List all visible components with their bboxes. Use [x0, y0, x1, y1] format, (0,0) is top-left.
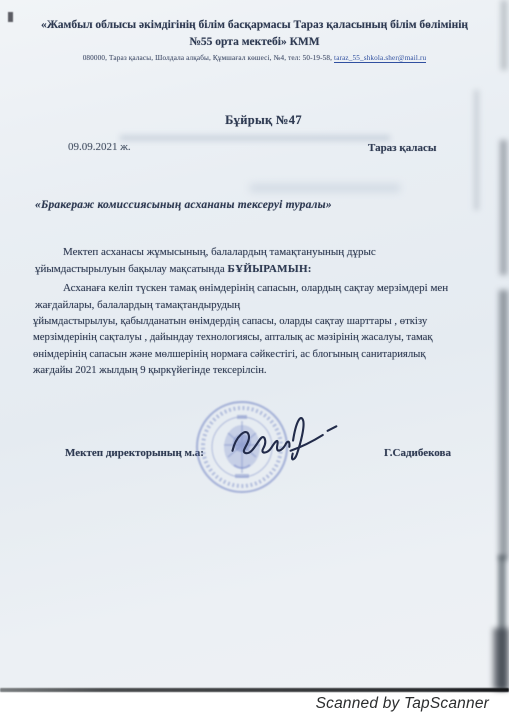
scan-artifact-streak — [474, 90, 479, 210]
scan-artifact-smudge — [250, 184, 400, 192]
signature-stroke — [223, 407, 348, 473]
organization-name-line1: «Жамбыл облысы әкімдігінің білім басқарм… — [18, 17, 491, 34]
address-line: 080000, Тараз қаласы, Шолдала алқабы, Құ… — [30, 54, 479, 62]
organization-name: «Жамбыл облысы әкімдігінің білім басқарм… — [18, 17, 491, 50]
body-paragraph-1: Мектеп асханасы жұмысының, балалардың та… — [35, 244, 487, 277]
order-subject: «Бракераж комиссиясының асхананы тексеру… — [35, 199, 332, 211]
scan-artifact-smudge — [120, 135, 390, 141]
scanner-watermark: Scanned by TapScanner — [316, 695, 489, 713]
scan-artifact-streak — [501, 0, 507, 70]
scan-artifact-blob — [493, 628, 509, 690]
body-paragraph-2: Асханаға келіп түскен тамақ өнімдерінің … — [35, 280, 487, 313]
order-title: Бұйрық №47 — [0, 113, 509, 128]
scan-artifact-streak — [499, 290, 508, 560]
email-text: taraz_55_shkola.sher@mail.ru — [334, 54, 426, 63]
scanned-document-view: «Жамбыл облысы әкімдігінің білім басқарм… — [0, 0, 509, 720]
page-bottom-edge — [0, 688, 509, 692]
order-date: 09.09.2021 ж. — [68, 141, 131, 153]
para1-line2: ұйымдастырылуын бақылау мақсатында — [35, 263, 228, 275]
scan-artifact-streak — [500, 140, 507, 275]
order-city: Тараз қаласы — [368, 142, 436, 154]
para1-line1: Мектеп асханасы жұмысының, балалардың та… — [63, 246, 376, 258]
order-verb: БҰЙЫРАМЫН: — [228, 263, 312, 275]
scan-artifact-smudge — [8, 12, 13, 22]
scan-page: «Жамбыл облысы әкімдігінің білім басқарм… — [0, 0, 509, 692]
signature-label: Мектеп директорының м.а: — [65, 447, 204, 459]
address-text: 080000, Тараз қаласы, Шолдала алқабы, Құ… — [83, 54, 334, 62]
scan-artifact-streak — [498, 555, 506, 690]
body-paragraph-3: ұйымдастырылуы, қабылданатын өнімдердің … — [33, 313, 491, 378]
organization-name-line2: №55 орта мектебі» КММ — [18, 34, 491, 51]
signatory-name: Г.Садибекова — [384, 447, 451, 459]
